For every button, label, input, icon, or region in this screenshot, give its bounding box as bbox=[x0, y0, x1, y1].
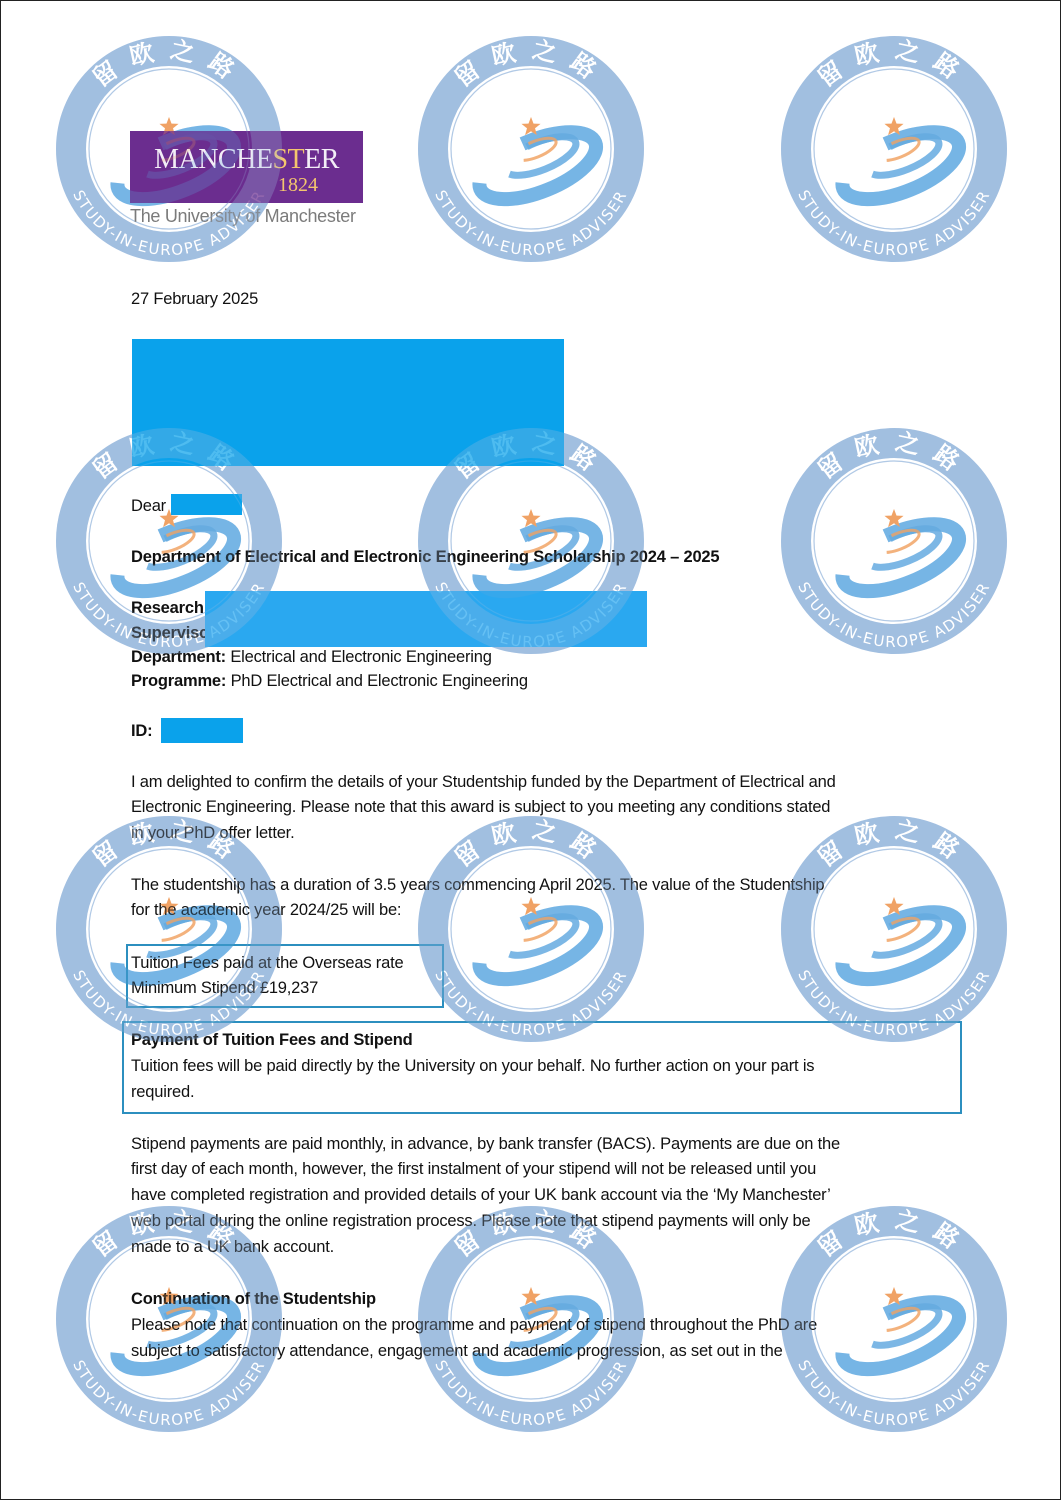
payment-line: required. bbox=[131, 1079, 194, 1105]
continuation-heading: Continuation of the Studentship bbox=[131, 1286, 376, 1312]
payment-line: Tuition fees will be paid directly by th… bbox=[131, 1053, 814, 1079]
logo-wordmark: MANCHESTER bbox=[130, 144, 363, 176]
letter-date: 27 February 2025 bbox=[131, 286, 258, 312]
tuition-fees-line: Tuition Fees paid at the Overseas rate bbox=[131, 950, 403, 976]
continuation-line: subject to satisfactory attendance, enga… bbox=[131, 1338, 783, 1364]
id-label: ID: bbox=[131, 718, 152, 744]
stipend-line: first day of each month, however, the fi… bbox=[131, 1156, 816, 1182]
duration-line: for the academic year 2024/25 will be: bbox=[131, 897, 401, 923]
intro-line: I am delighted to confirm the details of… bbox=[131, 769, 836, 795]
stipend-line: Stipend payments are paid monthly, in ad… bbox=[131, 1131, 840, 1157]
institution-name: The University of Manchester bbox=[130, 206, 356, 227]
scholarship-title: Department of Electrical and Electronic … bbox=[131, 544, 719, 570]
university-logo: MANCHESTER 1824 bbox=[130, 131, 363, 203]
intro-line: Electronic Engineering. Please note that… bbox=[131, 794, 830, 820]
letter-content: MANCHESTER 1824 The University of Manche… bbox=[1, 1, 1061, 1500]
duration-line: The studentship has a duration of 3.5 ye… bbox=[131, 872, 824, 898]
redacted-name bbox=[171, 494, 242, 515]
stipend-line: have completed registration and provided… bbox=[131, 1182, 831, 1208]
payment-heading: Payment of Tuition Fees and Stipend bbox=[131, 1027, 412, 1053]
programme-field: Programme: PhD Electrical and Electronic… bbox=[131, 668, 528, 694]
stipend-amount-line: Minimum Stipend £19,237 bbox=[131, 975, 318, 1001]
supervisor-label: Supervisc bbox=[131, 620, 208, 646]
department-field: Department: Electrical and Electronic En… bbox=[131, 644, 492, 670]
intro-line: in your PhD offer letter. bbox=[131, 820, 294, 846]
redacted-research-supervisor bbox=[205, 591, 647, 647]
research-label: Research bbox=[131, 595, 204, 621]
continuation-line: Please note that continuation on the pro… bbox=[131, 1312, 817, 1338]
salutation: Dear bbox=[131, 493, 166, 519]
redacted-address bbox=[132, 339, 564, 466]
stipend-line: made to a UK bank account. bbox=[131, 1234, 334, 1260]
letter-page: 留欧之路STUDY-IN-EUROPE ADVISER留欧之路STUDY-IN-… bbox=[0, 0, 1061, 1500]
stipend-line: web portal during the online registratio… bbox=[131, 1208, 811, 1234]
logo-year: 1824 bbox=[278, 174, 318, 197]
redacted-id bbox=[161, 718, 243, 743]
